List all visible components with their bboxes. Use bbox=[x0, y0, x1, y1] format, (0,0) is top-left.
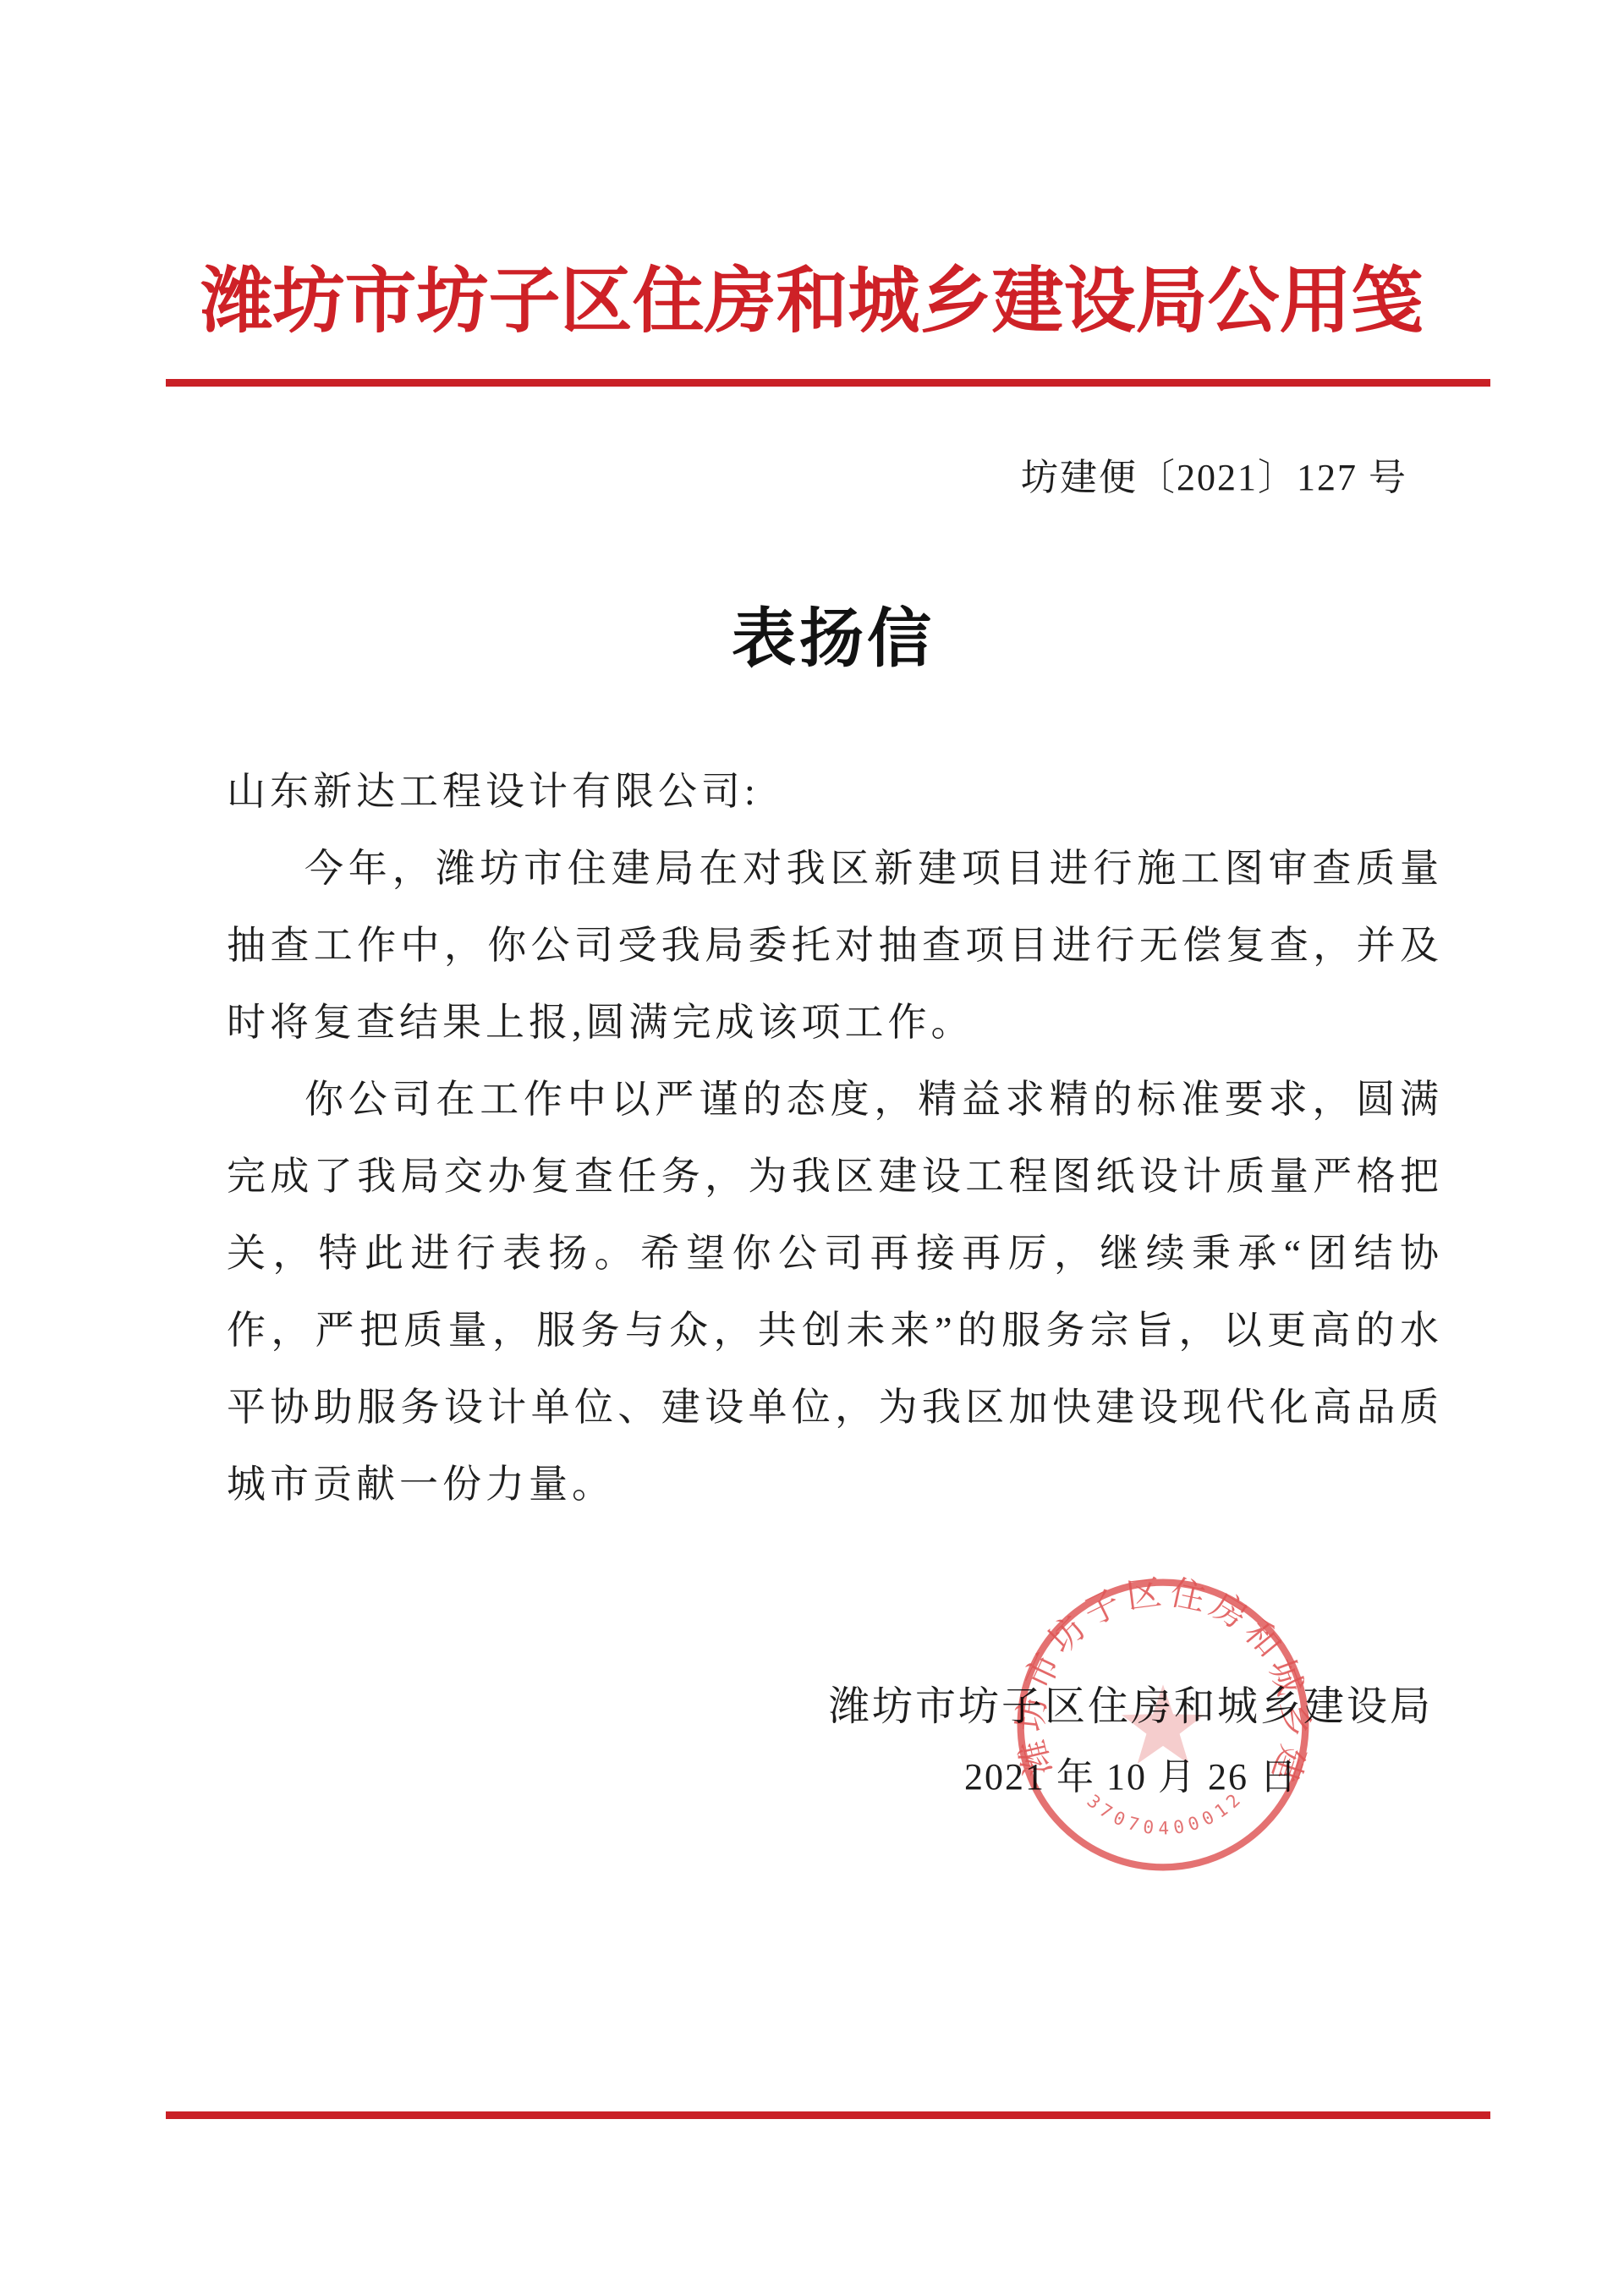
letter-page: 潍坊市坊子区住房和城乡建设局公用笺 坊建便〔2021〕127 号 表扬信 山东新… bbox=[0, 0, 1624, 2295]
document-number: 坊建便〔2021〕127 号 bbox=[1021, 447, 1407, 501]
salutation: 山东新达工程设计有限公司: bbox=[227, 753, 1443, 830]
footer-rule bbox=[166, 2111, 1490, 2119]
letter-title: 表扬信 bbox=[42, 587, 1624, 679]
letterhead-rule bbox=[166, 379, 1490, 387]
letter-body: 山东新达工程设计有限公司: 今年，潍坊市住建局在对我区新建项目进行施工图审查质量… bbox=[227, 753, 1443, 1523]
official-seal-icon: 潍坊市坊子区住房和城乡建设局 3707040001285 bbox=[1008, 1570, 1318, 1880]
paragraph-2: 你公司在工作中以严谨的态度，精益求精的标准要求，圆满完成了我局交办复查任务，为我… bbox=[227, 1061, 1443, 1523]
seal-star-icon bbox=[1122, 1684, 1204, 1764]
letterhead-title: 潍坊市坊子区住房和城乡建设局公用笺 bbox=[0, 244, 1624, 347]
svg-text:潍坊市坊子区住房和城乡建设局: 潍坊市坊子区住房和城乡建设局 bbox=[1008, 1570, 1314, 1791]
seal-arc-text: 潍坊市坊子区住房和城乡建设局 bbox=[1008, 1570, 1314, 1791]
paragraph-1: 今年，潍坊市住建局在对我区新建项目进行施工图审查质量抽查工作中，你公司受我局委托… bbox=[227, 830, 1443, 1061]
